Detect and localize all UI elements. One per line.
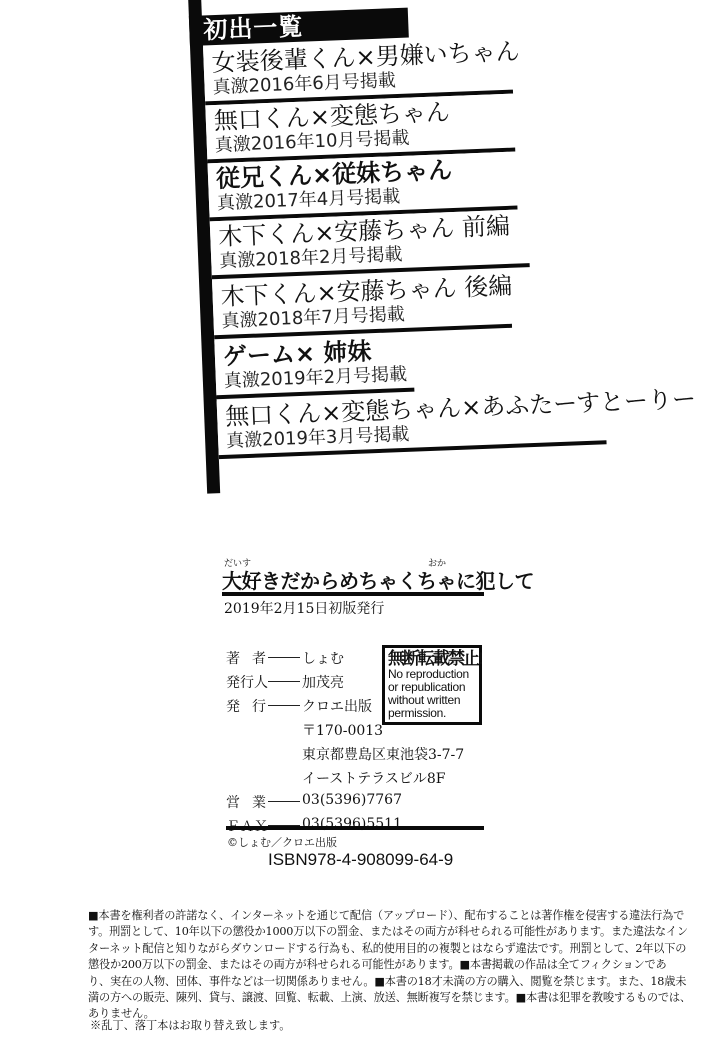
legal-line: す。刑罰として、10年以下の懲役か1000万以下の罰金、またはその両方が科せられ… bbox=[88, 924, 654, 940]
book-title: 大好きだからめちゃくちゃに犯して bbox=[222, 565, 534, 594]
credit-sales: 営業 03(5396)7767 bbox=[226, 792, 402, 812]
dash-leader bbox=[268, 705, 300, 706]
credit-publisher-person: 発行人 加茂亮 bbox=[226, 672, 344, 692]
copyright: ©しょむ／クロエ出版 bbox=[227, 834, 337, 850]
credit-label: 著者 bbox=[226, 648, 266, 668]
credit-label: 発行 bbox=[226, 696, 266, 716]
postal-code: 〒170-0013 bbox=[302, 720, 383, 740]
credit-postal-code: 〒170-0013 bbox=[302, 720, 383, 740]
edition-date: 2019年2月15日初版発行 bbox=[224, 598, 384, 618]
isbn: ISBN978-4-908099-64-9 bbox=[268, 850, 453, 870]
colophon-bottom-divider bbox=[226, 826, 484, 830]
credit-publisher: 発行 クロエ出版 bbox=[226, 696, 372, 716]
no-reproduction-stamp: 無断転載禁止! No reproduction or republication… bbox=[382, 645, 482, 725]
replacement-note: ※乱丁、落丁本はお取り替え致します。 bbox=[90, 1017, 290, 1033]
no-reproduction-en-line: permission. bbox=[388, 707, 476, 720]
building: イーストテラスビル8F bbox=[302, 768, 446, 788]
list-item: ゲーム× 姉妹 真激2019年2月号掲載 bbox=[214, 334, 414, 400]
list-item: 木下くん×安藤ちゃん 前編 真激2018年2月号掲載 bbox=[210, 209, 530, 279]
title-divider bbox=[222, 592, 484, 596]
initial-publication-list: 初出一覧 女装後輩くん×男嫌いちゃん 真激2016年6月号掲載 無口くん×変態ち… bbox=[188, 0, 687, 494]
credit-value: クロエ出版 bbox=[302, 696, 372, 716]
no-reproduction-jp: 無断転載禁止! bbox=[388, 649, 476, 668]
list-item: 無口くん×変態ちゃん×あふたーすとーりー 真激2019年3月号掲載 bbox=[217, 386, 607, 459]
credit-value: 加茂亮 bbox=[302, 672, 344, 692]
credit-value: 03(5396)7767 bbox=[302, 792, 402, 812]
legal-line: 満の方への販売、陳列、貸与、譲渡、回覧、転載、上演、放送、無断複写を禁じます。■… bbox=[88, 990, 654, 1006]
credit-label: 発行人 bbox=[226, 672, 266, 692]
legal-line: 懲役か200万以下の罰金、またはその両方が科せられる可能性があります。■本書掲載… bbox=[88, 957, 654, 973]
legal-line: ■本書を権利者の許諾なく、インターネットを通じて配信（アップロード）、配布するこ… bbox=[88, 908, 654, 924]
credit-value: しょむ bbox=[302, 648, 344, 668]
address: 東京都豊島区東池袋3-7-7 bbox=[302, 744, 464, 764]
dash-leader bbox=[268, 681, 300, 682]
legal-line: り、実在の人物、団体、事件などは一切関係ありません。■本書の18才未満の方の購入… bbox=[88, 974, 654, 990]
credit-building: イーストテラスビル8F bbox=[302, 768, 446, 788]
dash-leader bbox=[268, 657, 300, 658]
credit-author: 著者 しょむ bbox=[226, 648, 344, 668]
dash-leader bbox=[268, 801, 300, 802]
credit-address: 東京都豊島区東池袋3-7-7 bbox=[302, 744, 464, 764]
legal-notice: ■本書を権利者の許諾なく、インターネットを通じて配信（アップロード）、配布するこ… bbox=[88, 908, 654, 1023]
list-item: 木下くん×安藤ちゃん 後編 真激2018年7月号掲載 bbox=[212, 270, 512, 339]
legal-line: ターネット配信と知りながらダウンロードする行為も、私的使用目的の複製とはならず違… bbox=[88, 941, 654, 957]
credit-label: 営業 bbox=[226, 792, 266, 812]
